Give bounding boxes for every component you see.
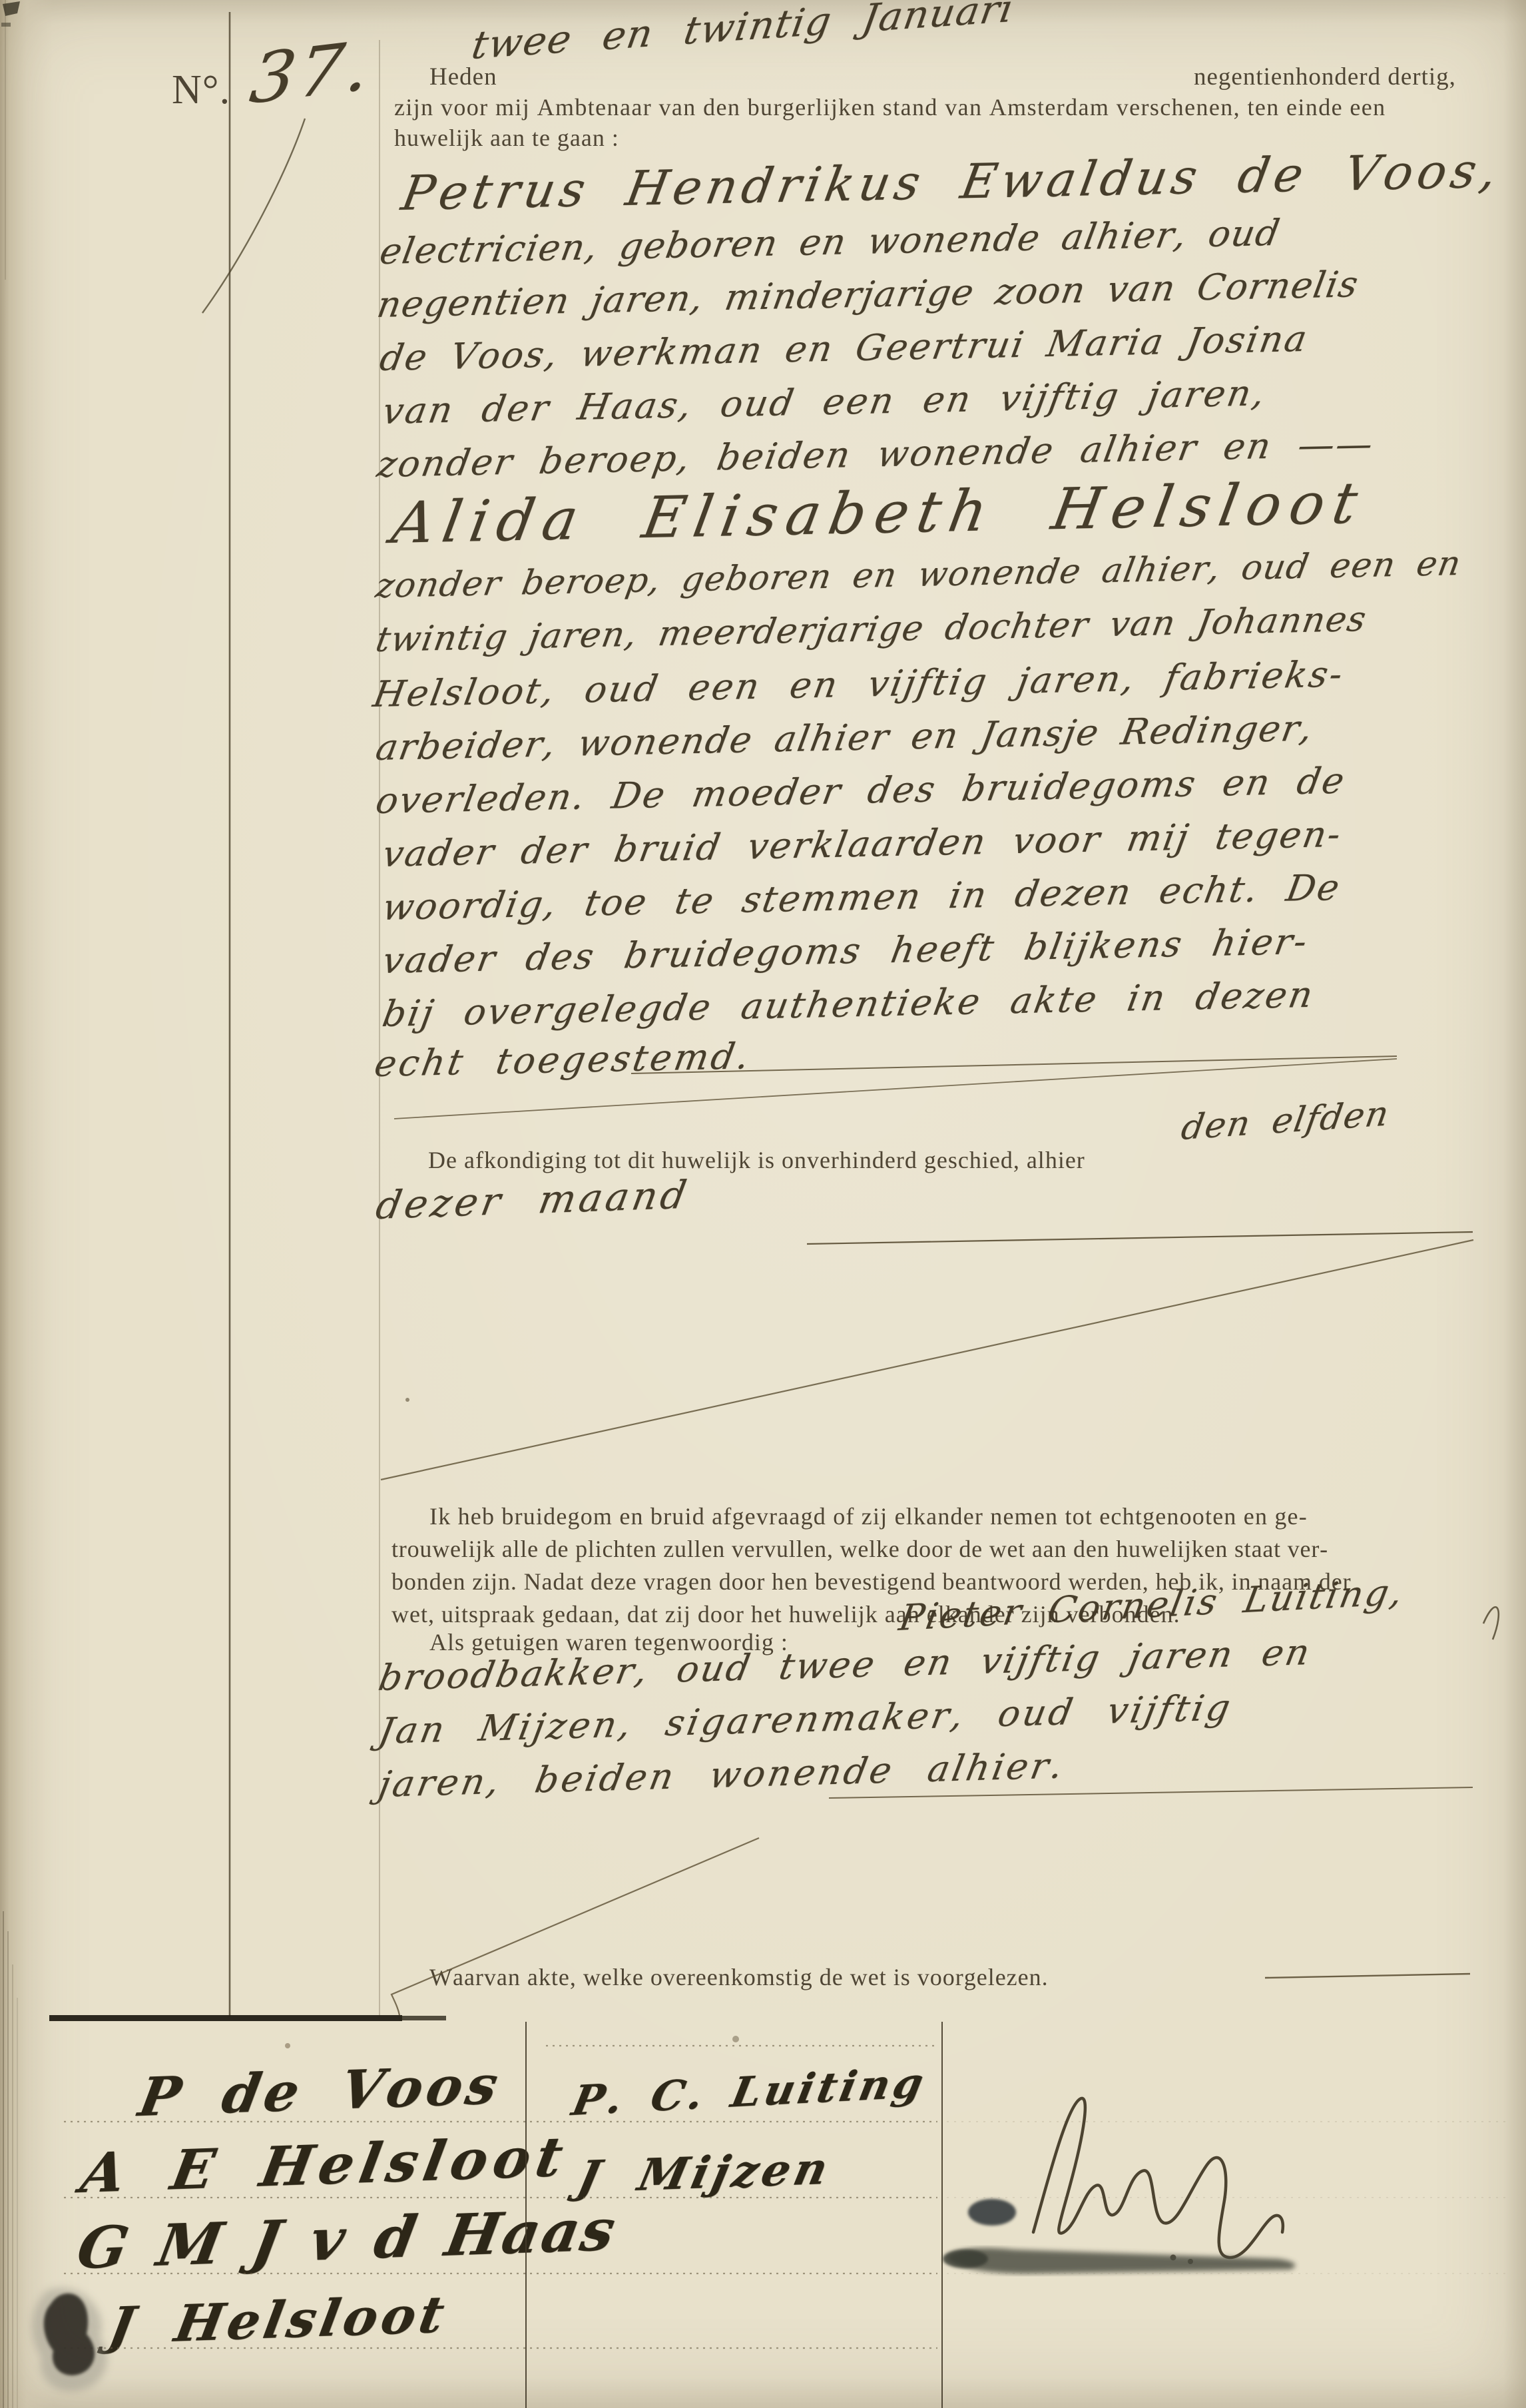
signature-block-bar-end xyxy=(399,2016,446,2020)
body-line: vader der bruid verklaarden voor mij teg… xyxy=(380,813,1346,875)
announcement-underline xyxy=(807,1232,1473,1244)
ink-blob-small xyxy=(968,2199,1016,2226)
body-line: Petrus Hendrikus Ewaldus de Voos, xyxy=(397,143,1505,221)
body-line: arbeider, wonende alhier en Jansje Redin… xyxy=(373,707,1317,768)
signature-bride: A E Helsloot xyxy=(77,2125,574,2206)
signature-groom: P de Voos xyxy=(134,2053,507,2128)
announcement-handwritten-2: dezer maand xyxy=(373,1172,693,1228)
body-line: echt toegestemd. xyxy=(372,1035,755,1085)
body-line: electricien, geboren en wonende alhier, … xyxy=(377,212,1284,272)
act-number-flourish xyxy=(202,119,305,313)
body-line: van der Haas, oud een en vijftig jaren, xyxy=(380,372,1270,432)
ink-blot xyxy=(44,2293,95,2375)
corner-speck xyxy=(3,1,20,16)
signature-witness-2: J Mijzen xyxy=(573,2142,836,2203)
signature-mother-groom: G M J v d Haas xyxy=(72,2196,622,2282)
header-date-handwritten: twee en twintig Januari xyxy=(469,0,1017,68)
ink-dot xyxy=(1188,2259,1193,2264)
paper-speck xyxy=(285,2043,290,2048)
signature-witness-1: P. C. Luiting xyxy=(568,2058,931,2125)
header-year: negentienhonderd dertig, xyxy=(1194,63,1456,91)
body-line: de Voos, werkman en Geertrui Maria Josin… xyxy=(377,318,1312,379)
ink-blot-halo xyxy=(32,2287,107,2391)
body-line: twintig jaren, meerderjarige dochter van… xyxy=(373,599,1370,660)
body-line: Helsloot, oud een en vijftig jaren, fabr… xyxy=(370,653,1348,715)
ink-smudge-stroke xyxy=(945,2248,1295,2274)
header-line2: zijn voor mij Ambtenaar van den burgerli… xyxy=(394,93,1386,121)
closing-printed: Waarvan akte, welke overeenkomstig de we… xyxy=(429,1963,1049,1991)
cancellation-diagonal-1 xyxy=(381,1240,1473,1480)
body-line: bij overgelegde authentieke akte in deze… xyxy=(380,974,1318,1035)
witness-line: jaren, beiden wonende alhier. xyxy=(376,1744,1069,1805)
body-line: overleden. De moeder des bruidegoms en d… xyxy=(373,760,1349,822)
registrar-signature-flourish xyxy=(1033,2098,1283,2257)
body-line: woordig, toe te stemmen in dezen echt. D… xyxy=(380,866,1344,928)
header-line3: huwelijk aan te gaan : xyxy=(394,124,619,152)
paper-speck xyxy=(405,1398,409,1402)
pen-curl xyxy=(1483,1607,1499,1640)
paper-speck xyxy=(732,2036,739,2042)
signature-block-bar xyxy=(49,2015,402,2021)
ink-dot xyxy=(1170,2255,1176,2261)
act-number-value: 37. xyxy=(246,25,377,120)
closing-dash xyxy=(1265,1974,1470,1978)
header-pre: Heden xyxy=(429,63,497,91)
body-line: vader des bruidegoms heeft blijkens hier… xyxy=(380,920,1312,982)
ink-smudge-core xyxy=(943,2250,988,2268)
act-number-label: N°. xyxy=(172,67,230,114)
declaration-line: Ik heb bruidegom en bruid afgevraagd of … xyxy=(429,1502,1308,1530)
signature-father-bride: J Helsloot xyxy=(105,2284,453,2355)
announcement-handwritten-1: den elfden xyxy=(1178,1094,1392,1148)
body-line: negentien jaren, minderjarige zoon van C… xyxy=(374,263,1362,326)
announcement-printed: De afkondiging tot dit huwelijk is onver… xyxy=(428,1146,1085,1174)
corner-speck xyxy=(1,23,11,27)
marriage-certificate-scan: N°. 37. Heden twee en twintig Januari ne… xyxy=(0,0,1526,2408)
body-line-bride-name: Alida Elisabeth Helsloot xyxy=(387,470,1371,557)
witness-line: Jan Mijzen, sigarenmaker, oud vijftig xyxy=(376,1686,1236,1752)
declaration-line: trouwelijk alle de plichten zullen vervu… xyxy=(391,1535,1328,1563)
